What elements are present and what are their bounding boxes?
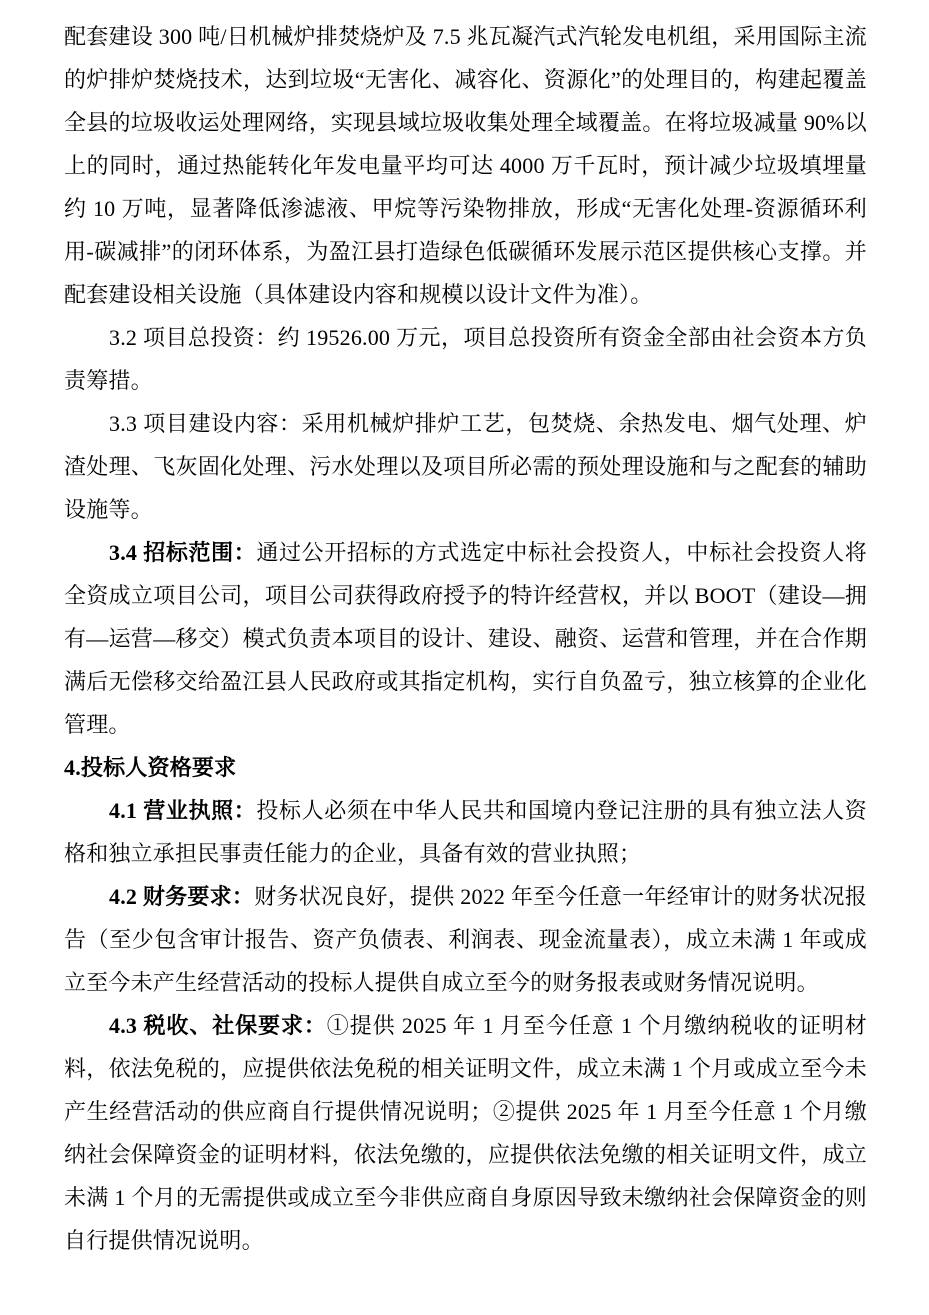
document-page: 配套建设 300 吨/日机械炉排焚烧炉及 7.5 兆瓦凝汽式汽轮发电机组，采用国… [0, 0, 929, 1315]
paragraph-4-2-financial-requirements: 4.2 财务要求：财务状况良好，提供 2022 年至今任意一年经审计的财务状况报… [64, 875, 867, 1004]
paragraph-text: 3.3 项目建设内容：采用机械炉排炉工艺，包焚烧、余热发电、烟气处理、炉渣处理、… [64, 411, 867, 522]
paragraph-bold-label: 4.1 营业执照： [109, 798, 256, 823]
paragraph-text: ①提供 2025 年 1 月至今任意 1 个月缴纳税收的证明材料，依法免税的，应… [64, 1013, 867, 1253]
paragraph-4-1-business-license: 4.1 营业执照：投标人必须在中华人民共和国境内登记注册的具有独立法人资格和独立… [64, 789, 867, 875]
heading-text: 4.投标人资格要求 [64, 755, 236, 780]
paragraph-3-3-construction-content: 3.3 项目建设内容：采用机械炉排炉工艺，包焚烧、余热发电、烟气处理、炉渣处理、… [64, 402, 867, 531]
paragraph-project-overview-continued: 配套建设 300 吨/日机械炉排焚烧炉及 7.5 兆瓦凝汽式汽轮发电机组，采用国… [64, 15, 867, 316]
paragraph-bold-label: 3.4 招标范围： [109, 540, 256, 565]
paragraph-text: 通过公开招标的方式选定中标社会投资人，中标社会投资人将全资成立项目公司，项目公司… [64, 540, 867, 737]
paragraph-bold-label: 4.3 税收、社保要求： [109, 1013, 327, 1038]
paragraph-3-2-total-investment: 3.2 项目总投资：约 19526.00 万元，项目总投资所有资金全部由社会资本… [64, 316, 867, 402]
paragraph-4-3-tax-social-security: 4.3 税收、社保要求：①提供 2025 年 1 月至今任意 1 个月缴纳税收的… [64, 1004, 867, 1262]
heading-4-bidder-qualification: 4.投标人资格要求 [64, 746, 867, 789]
document-body: 配套建设 300 吨/日机械炉排焚烧炉及 7.5 兆瓦凝汽式汽轮发电机组，采用国… [64, 15, 867, 1262]
paragraph-bold-label: 4.2 财务要求： [109, 884, 254, 909]
paragraph-text: 3.2 项目总投资：约 19526.00 万元，项目总投资所有资金全部由社会资本… [64, 325, 867, 393]
paragraph-text: 配套建设 300 吨/日机械炉排焚烧炉及 7.5 兆瓦凝汽式汽轮发电机组，采用国… [64, 24, 867, 307]
paragraph-3-4-bidding-scope: 3.4 招标范围：通过公开招标的方式选定中标社会投资人，中标社会投资人将全资成立… [64, 531, 867, 746]
